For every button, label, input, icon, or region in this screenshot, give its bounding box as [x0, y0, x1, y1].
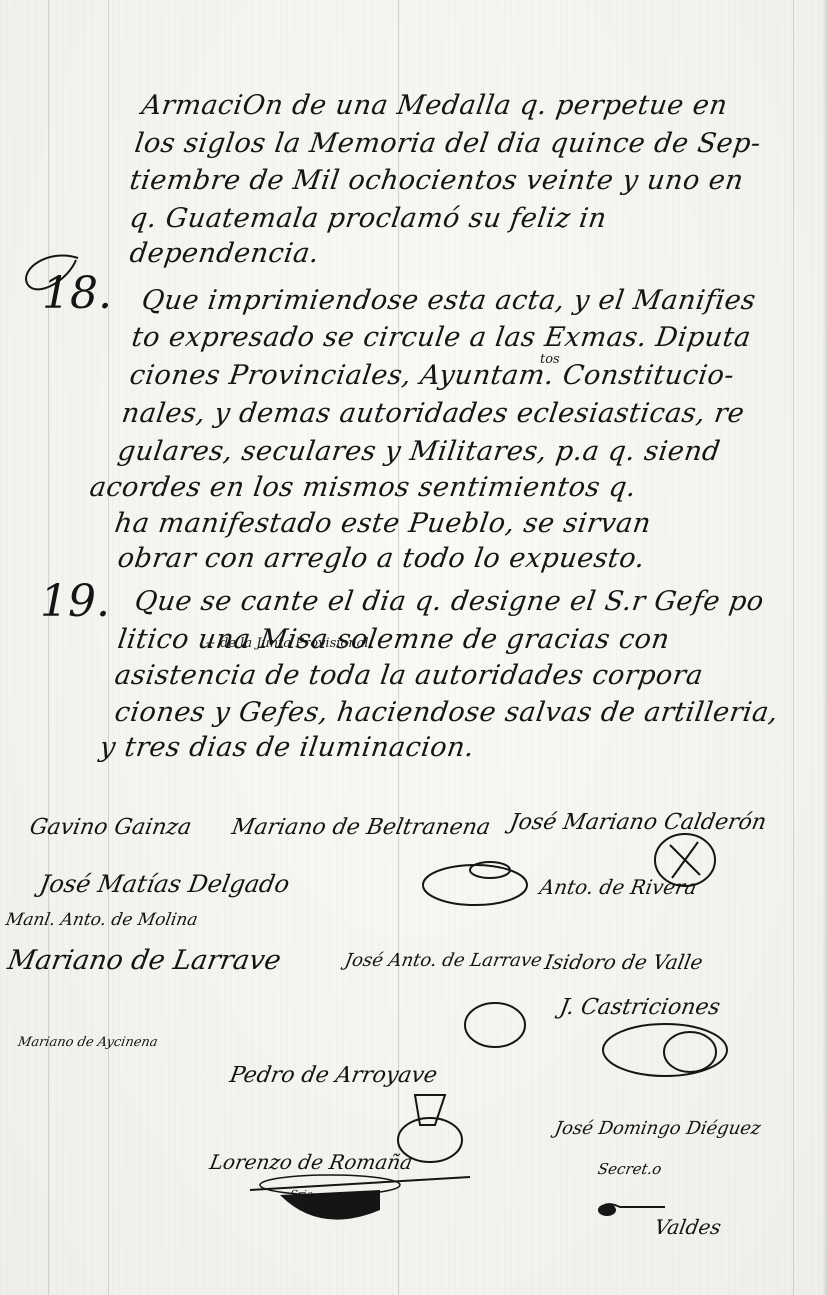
- rubric-flourish-icon: [460, 1000, 530, 1054]
- paper-rule-line: [793, 0, 794, 1295]
- rubric-flourish-icon: [240, 1165, 480, 1229]
- text-line: q. Guatemala proclamó su feliz in: [128, 203, 609, 234]
- text-line: acordes en los mismos sentimientos q.: [88, 472, 638, 503]
- text-line: y tres dias de iluminacion.: [98, 732, 477, 763]
- text-line: to expresado se circule a las Exmas. Dip…: [130, 322, 753, 353]
- signature: Gavino Gainza: [28, 815, 194, 840]
- text-line: asistencia de toda la autoridades corpor…: [113, 660, 705, 691]
- text-line: ciones Provinciales, Ayuntam. Constituci…: [128, 360, 736, 391]
- article-number: 19.: [40, 576, 110, 627]
- rubric-flourish-icon: [420, 860, 530, 914]
- rubric-flourish-icon: [395, 1085, 475, 1169]
- page-edge-shadow: [822, 0, 828, 1295]
- rubric-flourish-icon: [650, 830, 720, 894]
- signature: José Mariano Calderón: [508, 810, 769, 835]
- signature-title: Secret.o: [596, 1160, 663, 1178]
- text-line: Que se cante el dia q. designe el S.r Ge…: [133, 586, 766, 617]
- text-line: gulares, seculares y Militares, p.a q. s…: [116, 436, 722, 467]
- article-number: 18.: [42, 268, 112, 319]
- paper-rule-line: [48, 0, 49, 1295]
- text-line: nales, y demas autoridades eclesiasticas…: [120, 398, 747, 429]
- signature: José Domingo Diéguez: [553, 1118, 762, 1139]
- text-line: ArmaciOn de una Medalla q. perpetue en: [140, 90, 730, 121]
- signature: Mariano de Beltranena: [230, 815, 492, 840]
- signature: Manl. Anto. de Molina: [4, 910, 199, 930]
- text-line: litico una Misa solemne de gracias con: [116, 624, 672, 655]
- text-line: Que imprimiendose esta acta, y el Manifi…: [140, 285, 758, 316]
- text-line: obrar con arreglo a todo lo expuesto.: [116, 543, 647, 574]
- text-line: ha manifestado este Pueblo, se sirvan: [113, 508, 653, 539]
- signature: Mariano de Aycinena: [17, 1035, 159, 1050]
- manuscript-page: ArmaciOn de una Medalla q. perpetue en l…: [0, 0, 828, 1295]
- signature: Mariano de Larrave: [5, 945, 283, 976]
- signature: J. Castriciones: [558, 995, 722, 1020]
- rubric-flourish-icon: [595, 1195, 675, 1229]
- text-line: tiembre de Mil ochocientos veinte y uno …: [128, 165, 746, 196]
- text-line: los siglos la Memoria del dia quince de …: [133, 128, 763, 159]
- interlinear-insertion: + de la Junta Provisional,: [205, 636, 373, 651]
- signature: Isidoro de Valle: [543, 950, 705, 974]
- paper-rule-line: [108, 0, 109, 1295]
- text-line: dependencia.: [128, 238, 321, 269]
- text-line: ciones y Gefes, haciendose salvas de art…: [113, 697, 780, 728]
- rubric-flourish-icon: [600, 1020, 730, 1084]
- signature: José Anto. de Larrave: [343, 950, 543, 971]
- signature: José Matías Delgado: [38, 870, 292, 898]
